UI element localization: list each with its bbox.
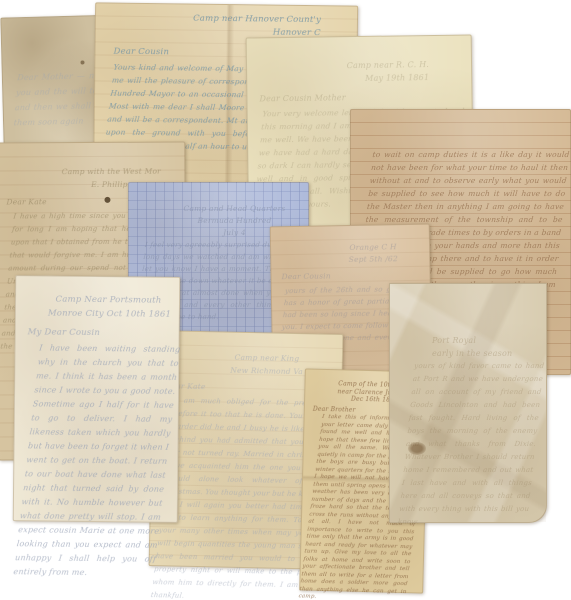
letter-content: Port Royal early in the season yours of … [390,284,546,529]
letter-salutation: Dear Cousin [281,269,419,283]
letter-content: Camp Near Portsmouth Monroe City Oct 10t… [13,276,179,581]
letter-salutation: Dear Cousin Mother [259,90,459,106]
letter-dateline: Port Royal [406,334,536,347]
handwriting-body: I have been waiting standing why in the … [13,341,181,580]
letter-dateline: Monroe City Oct 10th 1861 [28,306,169,321]
letters-photo: Dear Mother — not to you and the will to… [0,0,571,600]
letter-dateline: Sept 5th /62 [281,253,419,267]
letter-dateline: Camp with the West Mor [6,165,176,179]
letter-dateline: Bermuda Hundred [141,215,298,227]
letter-dateline: Camp Near Portsmouth [28,292,169,307]
letter-salutation: My Dear Cousin [28,325,169,340]
handwriting-body: yours of kind favor came to hand at Port… [397,360,545,529]
letter-monroe-city: Camp Near Portsmouth Monroe City Oct 10t… [13,275,181,523]
letter-dateline: Camp and Head Quarters [141,203,298,215]
letter-dateline: early in the season [406,347,536,360]
letter-port-royal: Port Royal early in the season yours of … [389,283,547,523]
letter-dateline: May 19th 1861 [257,71,459,87]
